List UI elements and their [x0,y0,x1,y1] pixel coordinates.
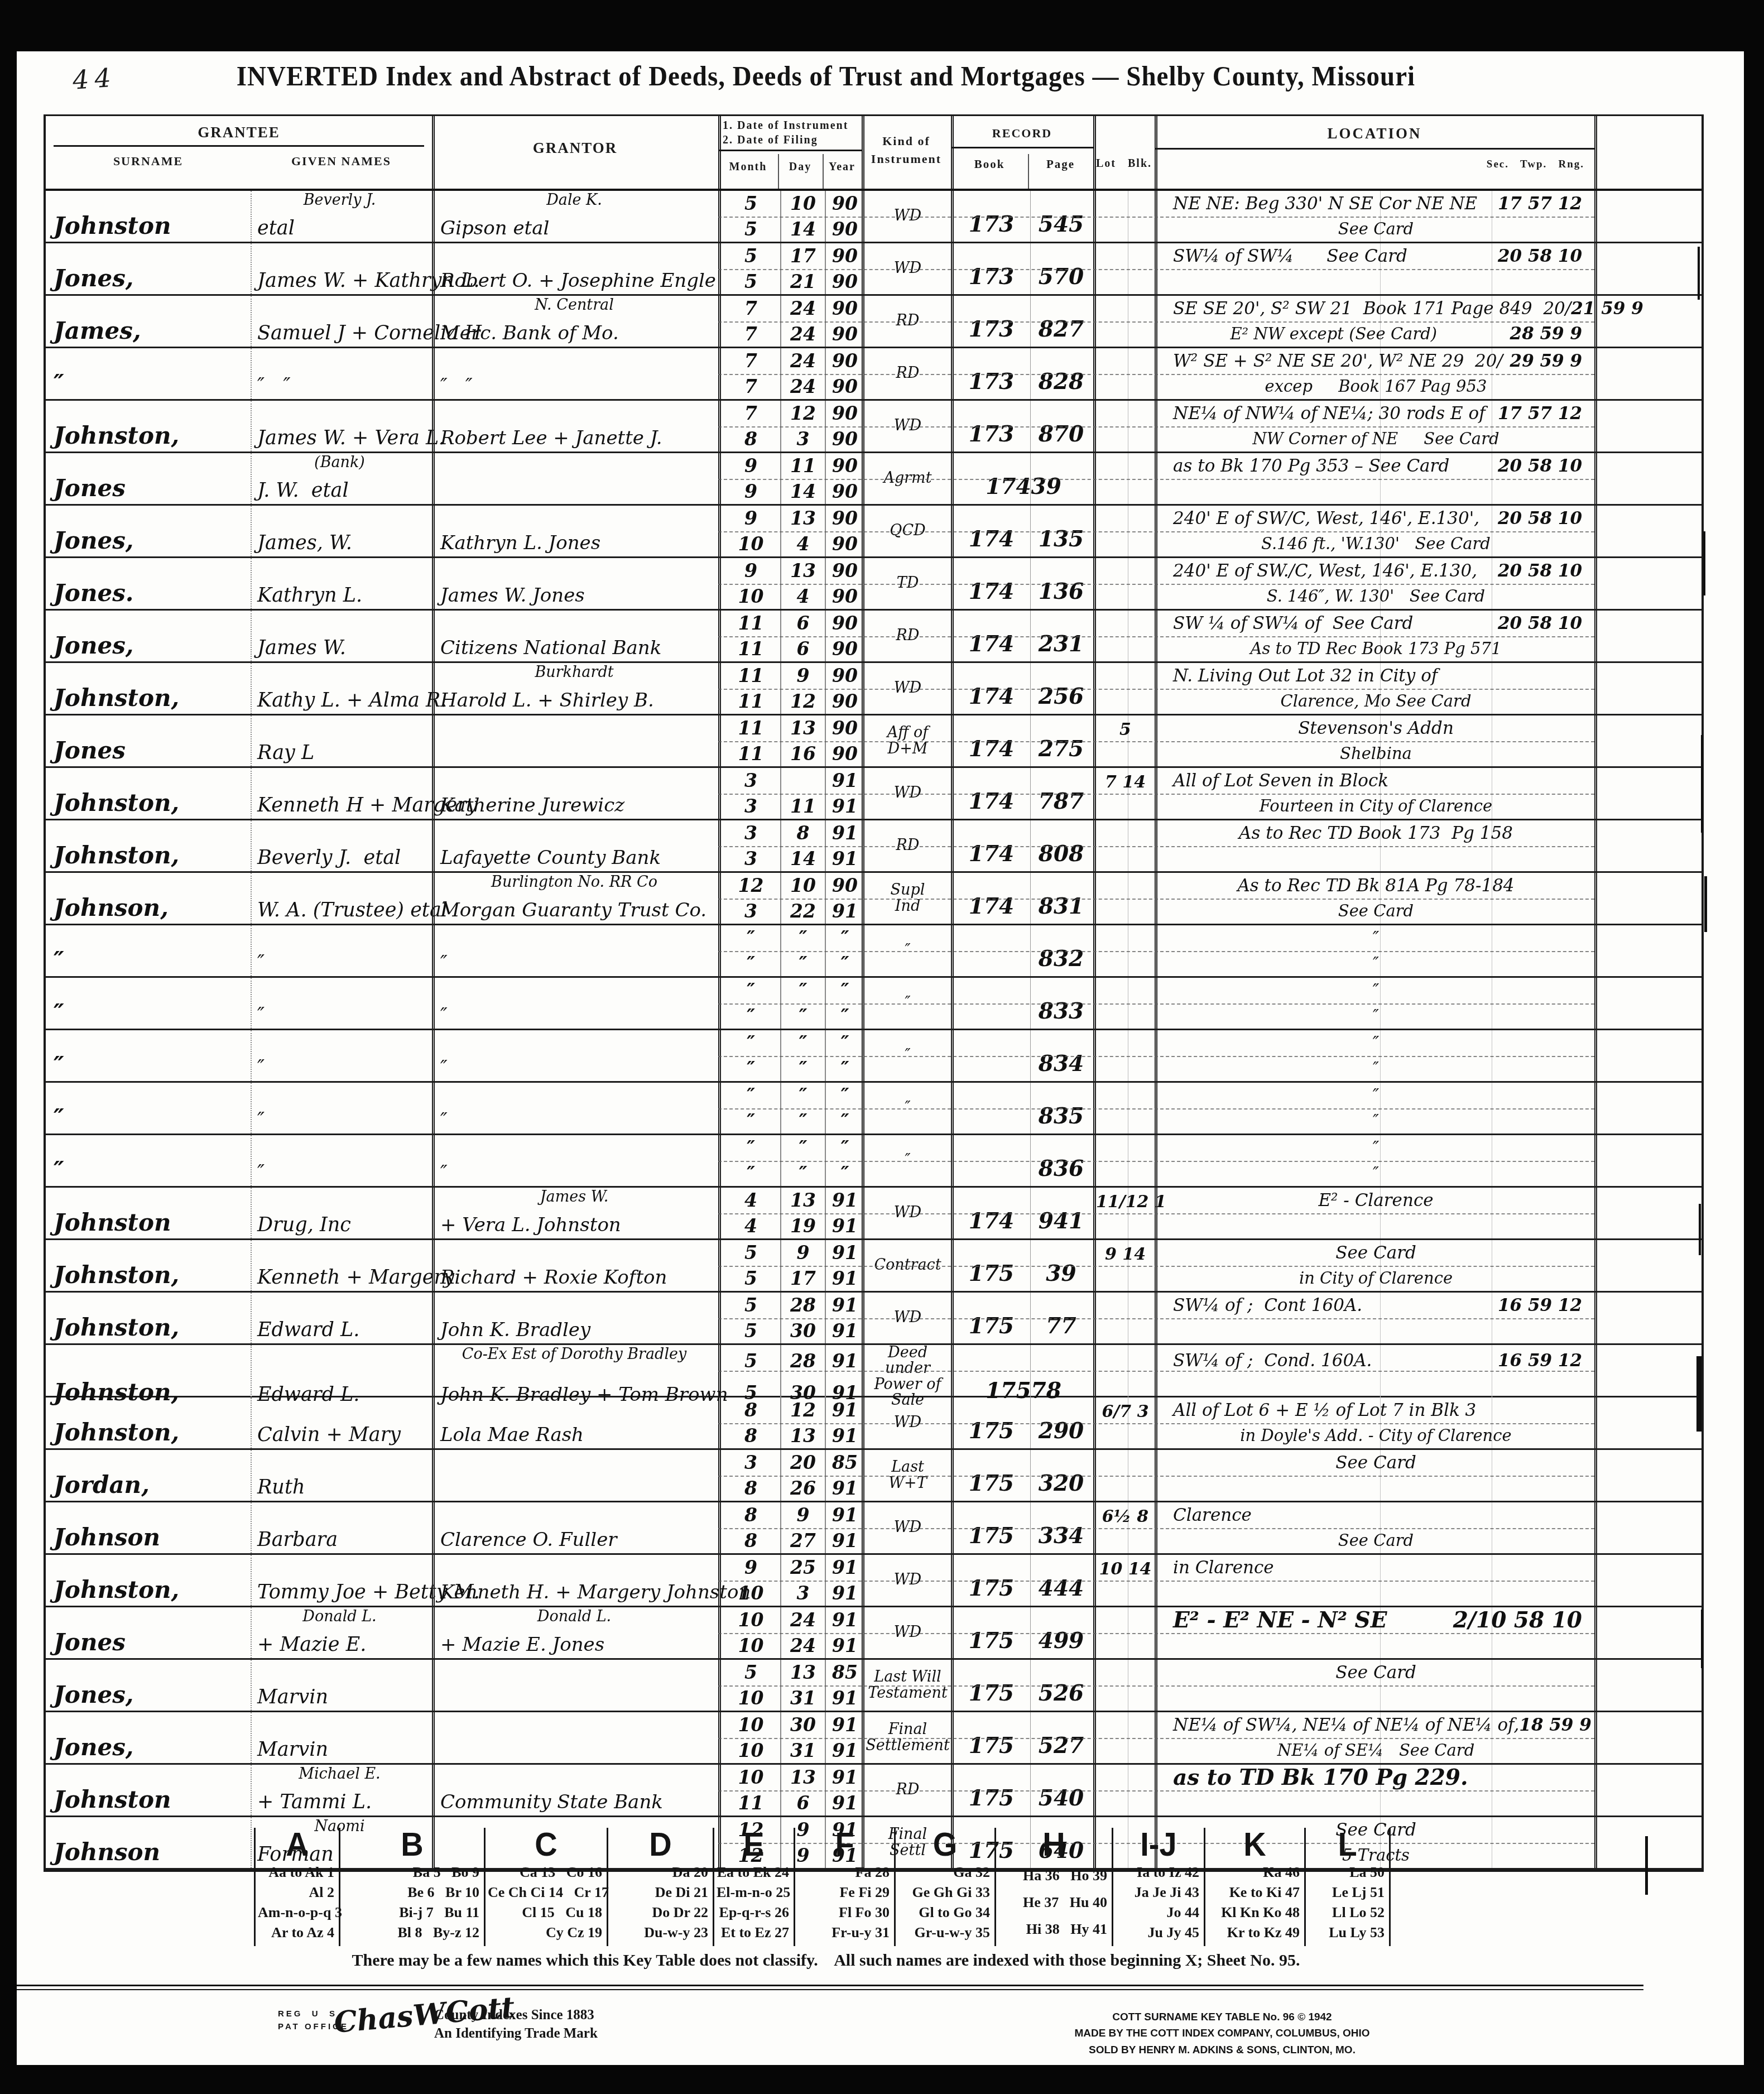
key-range: Ju Jy 45 [1116,1925,1199,1940]
location-line1: ″ [1157,1083,1594,1108]
row-midline [718,1528,1594,1529]
date-filing-day: 11 [781,795,825,817]
record-page: 320 [1029,1471,1093,1496]
grantee-surname-cell: Johnston, [46,1293,251,1343]
surname-text: Johnston, [54,789,179,817]
margin-cell [1594,1660,1701,1711]
date-instrument-month: 5 [721,1661,781,1683]
date-filing: 10490 [721,531,862,557]
location-text2: Fourteen in City of Clarence [1157,796,1594,815]
date-filing-year: 90 [825,533,864,555]
date-instrument: 91390 [721,558,862,584]
ledger-row: Johnston,Kenneth + MargeryRichard + Roxi… [46,1240,1701,1293]
location-line2 [1157,1476,1594,1501]
row-midline [718,1108,1594,1110]
date-filing-year: 90 [825,481,864,502]
margin-cell [1594,348,1701,399]
date-filing-month: 10 [721,585,781,607]
date-instrument-day: 30 [781,1714,825,1736]
date-filing-month: ″ [721,1110,781,1132]
date-instrument-month: 5 [721,245,781,267]
date-instrument-month: 5 [721,1242,781,1264]
ledger-row: ″″ ″″ ″7249072490RD173828W² SE + S² NE S… [46,348,1701,401]
given-text: J. W. etal [257,479,432,502]
date-instrument-month: 9 [721,560,781,582]
date-filing: 41991 [721,1213,862,1239]
date-filing-month: 5 [721,218,781,240]
location-text: SW ¼ of SW¼ of See Card [1157,613,1498,633]
date-instrument-day: ″ [781,1032,825,1054]
row-midline [718,374,1594,375]
date-filing-day: 3 [781,428,825,450]
date-instrument-month: 9 [721,455,781,477]
row-midline [718,217,1594,218]
location-line2: ″ [1157,1108,1594,1134]
given-text: + Tammi L. [257,1791,432,1813]
page-number: 44 [71,62,117,95]
date-instrument: 5991 [721,1240,862,1266]
given-text: Ray L [257,742,432,764]
location-text: ″ [1157,928,1594,948]
margin-cell [1594,1555,1701,1606]
location-line1: All of Lot 6 + E ½ of Lot 7 in Blk 3 [1157,1397,1594,1423]
grantee-given-cell: Edward L. [251,1293,432,1343]
location-text: N. Living Out Lot 32 in City of [1157,666,1594,686]
date-filing-day: 19 [781,1215,825,1237]
grantee-surname-cell: James, [46,296,251,347]
lot-blk-text: 6/7 3 [1096,1402,1155,1421]
date-filing-year: ″ [825,1058,864,1079]
scanned-ledger-page: 44 INVERTED Index and Abstract of Deeds,… [17,51,1744,2065]
grantor-cell [432,1660,718,1711]
location-text2: See Card [1157,901,1594,920]
key-range: Al 2 [258,1885,334,1900]
grantee-given-cell: Tommy Joe + Betty M. [251,1555,432,1606]
row-midline [718,1423,1594,1424]
grantee-given-cell: Drug, Inc [251,1188,432,1238]
record-page: 231 [1029,631,1093,657]
date-filing-month: 4 [721,1215,781,1237]
grantor-cell: ″ [432,1083,718,1134]
ledger-row: JohnsonBarbaraClarence O. Fuller89918279… [46,1502,1701,1555]
grantor-cell: Dale K.Gipson etal [432,191,718,242]
location-text: See Card [1157,1243,1594,1263]
date-instrument: 3891 [721,820,862,846]
record-book: 174 [954,841,1029,867]
kind-text: Final [888,1722,927,1737]
grantee-surname-cell: ″ [46,1030,251,1081]
date-instrument: 51385 [721,1660,862,1685]
date-filing: 11691 [721,1790,862,1816]
key-range: Du-w-y 23 [611,1925,708,1940]
location-line1: See Card [1157,1450,1594,1476]
grantor-text: Kathryn L. Jones [440,532,718,554]
grantor-cell: ″ [432,925,718,976]
given-text: W. A. (Trustee) etal [257,899,432,921]
key-range: He 37 Hu 40 [998,1895,1107,1910]
margin-cell [1594,1083,1701,1134]
row-midline [718,1318,1594,1319]
date-instrument-year: 91 [825,1399,864,1421]
col-location: LOCATION [1155,125,1594,142]
key-range: Ce Ch Ci 14 Cr 17 [488,1885,602,1900]
date-filing-month: 11 [721,743,781,765]
date-instrument: 11990 [721,663,862,689]
date-instrument-day: 24 [781,297,825,319]
date-filing-year: 91 [825,900,864,922]
date-filing-year: 91 [825,1320,864,1342]
location-text2: Clarence, Mo See Card [1157,691,1594,710]
date-instrument-month: 11 [721,665,781,686]
date-instrument-month: 10 [721,1714,781,1736]
date-filing-month: ″ [721,1163,781,1184]
location-line1: ″ [1157,978,1594,1003]
date-filing-day: 24 [781,323,825,345]
date-instrument: ″″″ [721,925,862,951]
location-line1: Stevenson's Addn [1157,715,1594,741]
date-instrument-day: 9 [781,1504,825,1526]
key-range: Ep-q-r-s 26 [717,1905,789,1920]
ledger-row: JohnstonDrug, IncJames W.+ Vera L. Johns… [46,1188,1701,1240]
date-instrument: 103091 [721,1712,862,1738]
record-book: 175 [954,1733,1029,1759]
ledger-row: Johnston,Tommy Joe + Betty M.Kenneth H. … [46,1555,1701,1607]
given-text: James W. + Kathryn L. [257,270,432,292]
date-instrument-year: 90 [825,245,864,267]
location-text2: ″ [1157,1111,1594,1130]
given-text: Marvin [257,1738,432,1761]
grantor-text: ″ [440,1056,718,1079]
date-instrument-month: ″ [721,1032,781,1054]
location-line2 [1157,1790,1594,1816]
date-filing-day: 13 [781,1425,825,1447]
grantee-surname-cell: Johnston [46,1188,251,1238]
grantor-text: Merc. Bank of Mo. [440,322,718,344]
date-filing-day: 16 [781,743,825,765]
surname-text: Johnston, [54,684,179,712]
date-filing-day: 14 [781,481,825,502]
location-text2: See Card [1157,1531,1594,1550]
date-filing-day: ″ [781,1110,825,1132]
row-midline [718,951,1594,952]
location-text: as to Bk 170 Pg 353 – See Card [1157,456,1498,476]
date-filing: ″″″ [721,951,862,977]
trademark-text: County Indexes Since 1883An Identifying … [434,2006,598,2043]
location-rule [1155,148,1594,150]
key-range: Ke to Ki 47 [1208,1885,1300,1900]
grantee-given-cell: W. A. (Trustee) etal [251,873,432,924]
grantor-text: Robert O. + Josephine Engle [440,270,718,292]
date-instrument-month: 11 [721,717,781,739]
surname-text: Johnston, [54,1261,179,1289]
key-range: Gl to Go 34 [898,1905,990,1920]
index-table: GRANTEE SURNAME GIVEN NAMES GRANTOR 1. D… [44,114,1704,1872]
surname-text: Jones [54,737,126,764]
given-text: ″ [257,952,432,974]
key-ranges: Ka 46Ke to Ki 47Kl Kn Ko 48Kr to Kz 49 [1205,1860,1304,1946]
grantor-cell: Lafayette County Bank [432,820,718,871]
grantor-top-text: Donald L. [435,1608,714,1625]
location-line2 [1157,269,1594,295]
date-filing-month: ″ [721,1058,781,1079]
date-filing-day: 22 [781,900,825,922]
record-page: 835 [1029,1103,1093,1129]
location-line2: See Card [1157,1528,1594,1554]
given-top-text: Donald L. [252,1608,427,1625]
date-instrument: 391 [721,768,862,794]
date-filing-year: 91 [825,1215,864,1237]
date-instrument-day: 13 [781,560,825,582]
location-text: All of Lot 6 + E ½ of Lot 7 in Blk 3 [1157,1400,1594,1420]
sec-twp-rng-value: 20 58 10 [1498,456,1594,476]
row-midline [718,1161,1594,1162]
record-text: 17439 [954,474,1093,500]
sec-twp-rng-value: 20 58 10 [1498,508,1594,529]
date-filing-year: 90 [825,743,864,765]
date-filing-year: 91 [825,1582,864,1604]
record-page: 787 [1029,789,1093,814]
grantee-surname-cell: ″ [46,1135,251,1186]
surname-text: Johnston, [54,842,179,869]
date-instrument-day: 13 [781,1189,825,1211]
given-text: Marvin [257,1686,432,1708]
record-book: 175 [954,1523,1029,1549]
margin-cell [1594,820,1701,871]
grantor-cell: Lola Mae Rash [432,1397,718,1448]
given-top-text: (Bank) [252,454,427,471]
row-midline [718,479,1594,480]
date-filing-day: 3 [781,1582,825,1604]
date-filing-year: ″ [825,1005,864,1027]
date-filing: ″″″ [721,1056,862,1082]
key-ranges: Da 20De Di 21Do Dr 22Du-w-y 23 [608,1860,713,1946]
date-instrument-day: 10 [781,875,825,896]
record-book: 174 [954,684,1029,709]
key-range: De Di 21 [611,1885,708,1900]
date-instrument: 51790 [721,243,862,269]
grantee-given-cell: ″ ″ [251,348,432,399]
date-instrument-day: 11 [781,455,825,477]
scan-mark [1701,1610,1703,1668]
row-midline [718,1266,1594,1267]
lot-blk-text: 5 [1096,720,1155,739]
grantor-text: Lola Mae Rash [440,1424,718,1446]
location-line2: See Card [1157,217,1594,242]
col-grantee: GRANTEE [46,124,432,141]
date-instrument-year: 90 [825,875,864,896]
location-line1: NE¼ of NW¼ of NE¼; 30 rods E of17 57 12 [1157,401,1594,426]
margin-cell [1594,453,1701,504]
date-instrument-year: 90 [825,455,864,477]
date-filing-year: 91 [825,1792,864,1814]
key-range: Ia to Iz 42 [1116,1865,1199,1880]
location-text2: S.146 ft., 'W.130' See Card [1157,534,1594,553]
record-rule [951,147,1093,148]
location-line1: E² - Clarence [1157,1188,1594,1213]
date-instrument-day: 24 [781,350,825,372]
publisher-fine-print: COTT SURNAME KEY TABLE No. 96 © 1942MADE… [1016,2009,1429,2058]
date-filing-month: 9 [721,481,781,502]
location-text: SE SE 20', S² SW 21 Book 171 Page 849 20… [1157,299,1571,319]
date-instrument: 101391 [721,1765,862,1790]
grantee-surname-cell: Jones [46,453,251,504]
date-instrument: 32085 [721,1450,862,1476]
date-instrument-year: ″ [825,927,864,949]
key-range: Fa 28 [797,1865,890,1880]
key-letter: G [896,1827,994,1861]
record-book: 173 [954,212,1029,237]
location-line2: Clarence, Mo See Card [1157,689,1594,714]
surname-text: Jones, [54,1681,133,1708]
given-text: Kathryn L. [257,584,432,607]
grantor-text: ″ [440,1109,718,1131]
date-filing-year: 90 [825,376,864,397]
location-text: See Card [1157,1453,1594,1473]
margin-cell [1594,978,1701,1029]
location-text: Clarence [1157,1505,1594,1525]
grantor-top-text: Co-Ex Est of Dorothy Bradley [435,1346,714,1363]
location-line1: As to Rec TD Book 173 Pg 158 [1157,820,1594,846]
row-midline [718,321,1594,323]
grantee-given-cell: ″ [251,978,432,1029]
key-letter: H [996,1827,1112,1861]
location-text: ″ [1157,1138,1594,1158]
location-line1: SE SE 20', S² SW 21 Book 171 Page 849 20… [1157,296,1594,321]
date-instrument-year: 90 [825,402,864,424]
key-col-d: DDa 20De Di 21Do Dr 22Du-w-y 23 [608,1828,714,1946]
grantee-surname-cell: Jones [46,1607,251,1658]
margin-cell [1594,1607,1701,1658]
date-instrument-day: 12 [781,1399,825,1421]
key-range: Ha 36 Ho 39 [998,1869,1107,1883]
grantor-text: ″ ″ [440,374,718,397]
grantee-surname-cell: Jones, [46,1712,251,1763]
margin-cell [1594,1188,1701,1238]
location-text: As to Rec TD Bk 81A Pg 78-184 [1157,876,1594,896]
col-sec-twp-rng: Sec. Twp. Rng. [1155,159,1584,171]
date-instrument-day: ″ [781,979,825,1001]
record-book: 175 [954,1471,1029,1496]
record-page: 499 [1029,1628,1093,1654]
grantee-surname-cell: Johnston, [46,820,251,871]
date-instrument-year: 91 [825,1504,864,1526]
sec-twp-rng-value: 20 58 10 [1498,613,1594,633]
date-filing-month: 10 [721,1582,781,1604]
key-range: Bl 8 By-z 12 [343,1925,479,1940]
margin-cell [1594,558,1701,609]
surname-text: ″ [54,1051,64,1079]
key-range: Ba 5 Bo 9 [343,1865,479,1880]
date-instrument-year: 90 [825,560,864,582]
row-midline [718,1581,1594,1582]
key-range: Ll Lo 52 [1308,1905,1385,1920]
date-filing-day: ″ [781,1058,825,1079]
record-page: 527 [1029,1733,1093,1759]
grantor-cell: Kenneth H. + Margery Johnston [432,1555,718,1606]
location-text: NE¼ of SW¼, NE¼ of NE¼ of NE¼ of, [1157,1715,1519,1735]
col-grantor: GRANTOR [432,140,718,157]
record-book: 174 [954,526,1029,552]
grantor-text: Harold L. + Shirley B. [440,689,718,712]
key-letter: K [1205,1827,1304,1861]
grantor-top-text: N. Central [435,296,714,314]
grantor-cell: Richard + Roxie Kofton [432,1240,718,1291]
given-text: Ruth [257,1476,432,1499]
date-filing: 82791 [721,1528,862,1554]
date-filing-month: 8 [721,1477,781,1499]
date-instrument-day: 6 [781,612,825,634]
date-filing-year: 91 [825,1425,864,1447]
ledger-row: Johnson,W. A. (Trustee) etalBurlington N… [46,873,1701,925]
record-book: 174 [954,789,1029,814]
key-range: Ca 13 Co 16 [488,1865,602,1880]
date-filing-month: 3 [721,848,781,870]
date-instrument: 121090 [721,873,862,899]
grantee-surname-cell: Johnston, [46,768,251,819]
date-instrument: 8991 [721,1502,862,1528]
kind-text: Supl [891,882,925,898]
key-col-e: EEa to Ek 24El-m-n-o 25Ep-q-r-s 26Et to … [714,1828,795,1946]
key-range: Cl 15 Cu 18 [488,1905,602,1920]
row-midline [718,269,1594,270]
date-filing: ″″″ [721,1161,862,1187]
sec-twp-rng-value: 16 59 12 [1498,1351,1594,1371]
grantor-cell: John K. Bradley [432,1293,718,1343]
ledger-row: JohnstonMichael E.+ Tammi L.Community St… [46,1765,1701,1817]
date-filing: 51791 [721,1266,862,1291]
grantor-cell [432,1450,718,1501]
key-range: Gr-u-w-y 35 [898,1925,990,1940]
margin-cell [1594,191,1701,242]
grantee-surname-cell: Jordan, [46,1450,251,1501]
grantor-top-text: Burlington No. RR Co [435,873,714,891]
table-header: GRANTEE SURNAME GIVEN NAMES GRANTOR 1. D… [46,116,1701,191]
grantor-cell: ″ [432,1135,718,1186]
date-filing-day: 30 [781,1320,825,1342]
date-instrument: 41391 [721,1188,862,1213]
date-instrument: 81291 [721,1397,862,1423]
location-line1: ″ [1157,1135,1594,1161]
surname-text: Jones, [54,1733,133,1761]
scan-mark [1645,1836,1648,1895]
date-instrument-day: 13 [781,1766,825,1788]
scan-mark [1696,1356,1701,1432]
surname-text: Johnston, [54,1419,179,1446]
key-range: La 50 [1308,1865,1385,1880]
location-text: 240' E of SW/C, West, 146', E.130', [1157,508,1498,529]
location-text: Stevenson's Addn [1157,718,1594,738]
date-filing: 103191 [721,1685,862,1711]
scan-mark [1703,531,1705,595]
date-instrument-year: 91 [825,1294,864,1316]
date-filing-month: 11 [721,690,781,712]
grantor-cell: Katherine Jurewicz [432,768,718,819]
location-line2 [1157,1213,1594,1239]
date-instrument: 51090 [721,191,862,217]
margin-cell [1594,1712,1701,1763]
date-filing: 81391 [721,1423,862,1449]
table-body: JohnstonBeverly J.etalDale K.Gipson etal… [46,191,1701,1870]
grantor-text: + Mazie E. Jones [440,1634,718,1656]
date-instrument-month: 8 [721,1504,781,1526]
grantor-cell: Burlington No. RR CoMorgan Guaranty Trus… [432,873,718,924]
margin-cell [1594,1817,1701,1868]
grantee-given-cell: Calvin + Mary [251,1397,432,1448]
date-filing-month: 3 [721,900,781,922]
location-text: ″ [1157,1033,1594,1053]
location-text2: NW Corner of NE See Card [1157,429,1594,448]
given-text: ″ [257,1056,432,1079]
